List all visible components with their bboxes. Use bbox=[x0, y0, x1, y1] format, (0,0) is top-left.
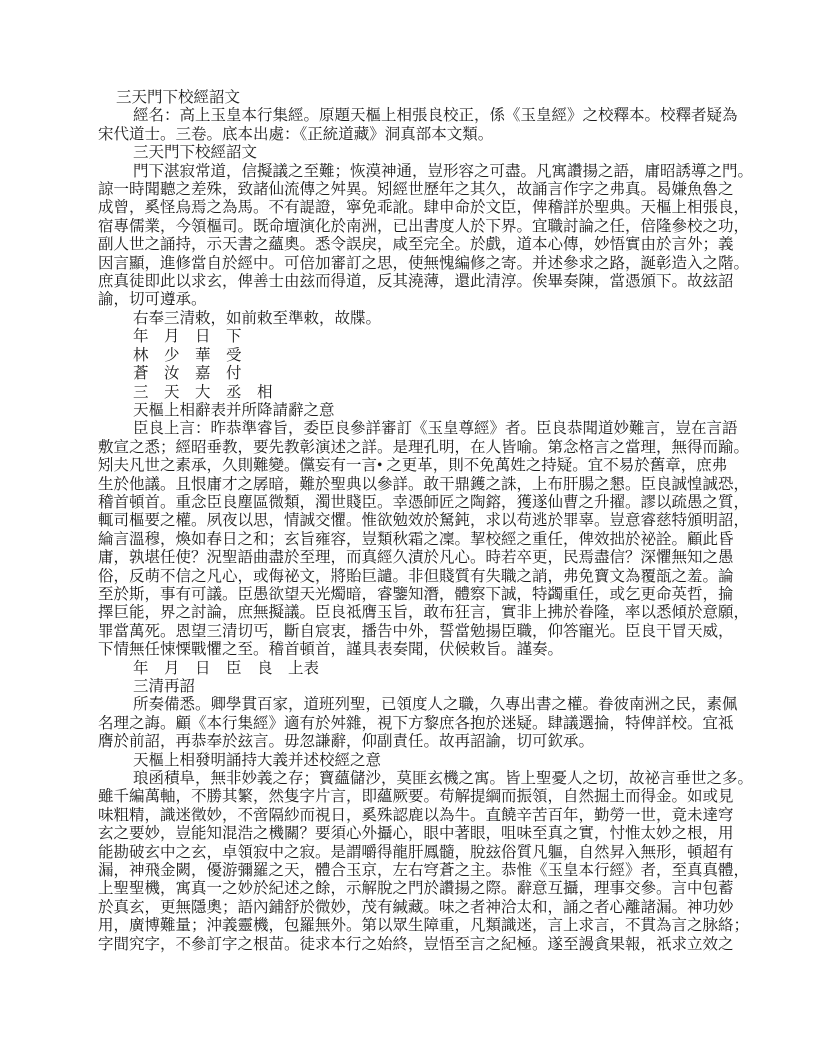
text-line: 臣良上言：昨恭準睿旨，委臣良參詳審訂《玉皇尊經》者。臣良恭聞道妙難言，豈在言語 bbox=[98, 420, 766, 438]
document-body: 三天門下校經詔文經名：高上玉皇本行集經。原題天樞上相張良校正，係《玉皇經》之校釋… bbox=[98, 89, 766, 954]
text-line: 右奉三清敕，如前敕至準敕，故牒。 bbox=[98, 310, 766, 328]
text-line: 生於他議。且恨庸才之孱暗，難於聖典以參詳。敢干鼎鑊之誅，上布肝腸之懇。臣良誠惶誠… bbox=[98, 476, 766, 494]
text-line: 字間究字，不參訂字之根苗。徒求本行之始終，豈悟至言之紀極。遂至謾貪果報，祇求立效… bbox=[98, 936, 766, 954]
text-line: 漏，神飛金闕，優游彌羅之天，體合玉京，左右穹蒼之主。恭惟《玉皇本行經》者，至真真… bbox=[98, 862, 766, 880]
text-line: 年 月 日 下 bbox=[98, 328, 766, 346]
text-line: 琅函積阜，無非妙義之存；寶蘊儲沙，莫匪玄機之寓。皆上聖憂人之切，故祕言垂世之多。 bbox=[98, 770, 766, 788]
text-line: 蒼 汝 嘉 付 bbox=[98, 365, 766, 383]
text-line: 經名：高上玉皇本行集經。原題天樞上相張良校正，係《玉皇經》之校釋本。校釋者疑為 bbox=[98, 107, 766, 125]
text-line: 擇巨能，界之討論，庶無擬議。臣良祗膺玉旨，敢布狂言，實非上拂於眷隆，率以悉傾於意… bbox=[98, 604, 766, 622]
text-line: 年 月 日 臣 良 上表 bbox=[98, 660, 766, 678]
text-line: 罪當萬死。恩望三清切丐，斷自宸衷，播告中外，誓當勉揚臣職，仰答寵光。臣良干冒天威… bbox=[98, 623, 766, 641]
text-line: 林 少 華 受 bbox=[98, 347, 766, 365]
text-line: 下情無任悚慄戰懼之至。稽首頓首，謹具表奏聞，伏候敕旨。謹奏。 bbox=[98, 641, 766, 659]
text-line: 副人世之誦持，示天書之蘊奧。悉令誤戾，咸至完全。於戲，道本心傳，妙悟實由於言外；… bbox=[98, 236, 766, 254]
text-line: 俗，反萌不信之凡心，或侮祕文，將貽巨譴。非但賤質有失職之誚，弗免寶文為覆瓿之羞。… bbox=[98, 568, 766, 586]
text-line: 諭，切可遵承。 bbox=[98, 291, 766, 309]
text-line: 雖千編萬軸，不勝其繁，然隻字片言，即蘊厥要。苟解提綱而振領，自然掘土而得金。如或… bbox=[98, 788, 766, 806]
text-line: 膺於前詔，再恭奉於玆言。毋忽謙辭，仰副責任。故再詔諭，切可欽承。 bbox=[98, 733, 766, 751]
text-line: 三天門下校經詔文 bbox=[98, 144, 766, 162]
text-line: 上聖聖機，寓真一之妙於紀述之餘，示解脫之門於讚揚之際。辭意互攝，理事交參。言中包… bbox=[98, 880, 766, 898]
text-line: 三天門下校經詔文 bbox=[98, 89, 766, 107]
text-line: 天樞上相發明誦持大義并述校經之意 bbox=[98, 752, 766, 770]
text-line: 味粗精，識迷徵妙，不啻隔紗而視日，奚殊認鹿以為牛。直饒辛苦百年，勤勞一世，竟未達… bbox=[98, 807, 766, 825]
text-line: 輒司樞要之權。夙夜以思，情誠交懼。惟欲勉效於駑鈍，求以苟逃於罪辜。豈意睿慈特頒明… bbox=[98, 512, 766, 530]
text-line: 三清再詔 bbox=[98, 678, 766, 696]
text-line: 至於斯，事有可議。臣愚欲望天光燭暗，睿鑒知潛，體察下誠，特蠲重任，或乞更命英哲，… bbox=[98, 586, 766, 604]
text-line: 矧夫凡世之素承，久則難變。儻妄有一言• 之更革，則不免萬姓之持疑。宜不易於舊章，… bbox=[98, 457, 766, 475]
text-line: 庶真徒即此以求玄，俾善士由玆而得道，反其澆薄，還此清淳。俟畢奏陳，當憑頒下。故玆… bbox=[98, 273, 766, 291]
text-line: 於真玄，更無隱奧；語內鋪舒於微妙，茂有緘藏。味之者神洽太和，誦之者心離諸漏。神功… bbox=[98, 899, 766, 917]
text-line: 所奏備悉。卿學貫百家，道班列聖，已領度人之職，久專出書之權。眷彼南洲之民，素佩 bbox=[98, 696, 766, 714]
text-line: 用，廣博難量；沖義靈機，包羅無外。第以眾生障重，凡類識迷，言上求言，不貫為言之脉… bbox=[98, 917, 766, 935]
text-line: 諒一時聞聽之差殊，致諸仙流傳之舛異。矧經世歷年之其久，故誦言作字之弗真。曷嫌魚魯… bbox=[98, 181, 766, 199]
text-line: 能勘破玄中之玄，卓領寂中之寂。是謂嚼得龍肝鳳髓，脫玆俗質凡軀，自然昇入無形，頓超… bbox=[98, 844, 766, 862]
text-line: 門下湛寂常道，信擬議之至難；恢漠神通，豈形容之可盡。凡寓讚揚之語，庸昭誘導之門。 bbox=[98, 163, 766, 181]
text-line: 稽首頓首。重念臣良塵區微類，濁世賤臣。幸憑師匠之陶鎔，獲遂仙曹之升擢。謬以疏愚之… bbox=[98, 494, 766, 512]
text-line: 天樞上相辭表并所降請辭之意 bbox=[98, 402, 766, 420]
text-line: 宿專儒業，今領樞司。既命壇演化於南洲，已出書度人於下界。宜職討論之任，倍隆參校之… bbox=[98, 218, 766, 236]
text-line: 綸言溫穆，煥如春日之和；玄旨雍容，豈類秋霜之凜。挈校經之重任，俾效拙於祕詮。顧此… bbox=[98, 531, 766, 549]
text-line: 敷宣之悉；經昭垂教，要先教彰演述之詳。是理孔明，在人皆喻。第念格言之當理，無得而… bbox=[98, 439, 766, 457]
text-line: 宋代道士。三卷。底本出處：《正統道藏》洞真部本文類。 bbox=[98, 126, 766, 144]
text-line: 三 天 大 丞 相 bbox=[98, 384, 766, 402]
document-page: 三天門下校經詔文經名：高上玉皇本行集經。原題天樞上相張良校正，係《玉皇經》之校釋… bbox=[0, 0, 816, 1056]
text-line: 成曾，奚怪烏焉之為馬。不有諟證，寧免乖訛。肆申命於文臣，俾稽詳於聖典。天樞上相張… bbox=[98, 199, 766, 217]
text-line: 庸，孰堪任使？況聖語曲盡於至理，而真經久漬於凡心。時若卒更，民焉盡信？深懼無知之… bbox=[98, 549, 766, 567]
text-line: 玄之要妙，豈能知混浩之機關？要須心外攝心，眼中著眼，咀味至真之實，忖惟太妙之根，… bbox=[98, 825, 766, 843]
text-line: 因言顯，進修當自於經中。可倍加審訂之思，使無愧編修之寄。并述參求之路，誕彰造入之… bbox=[98, 255, 766, 273]
text-line: 名理之誨。顧《本行集經》適有於舛雜，視下方黎庶各抱於迷疑。肆議選掄，特俾詳校。宜… bbox=[98, 715, 766, 733]
